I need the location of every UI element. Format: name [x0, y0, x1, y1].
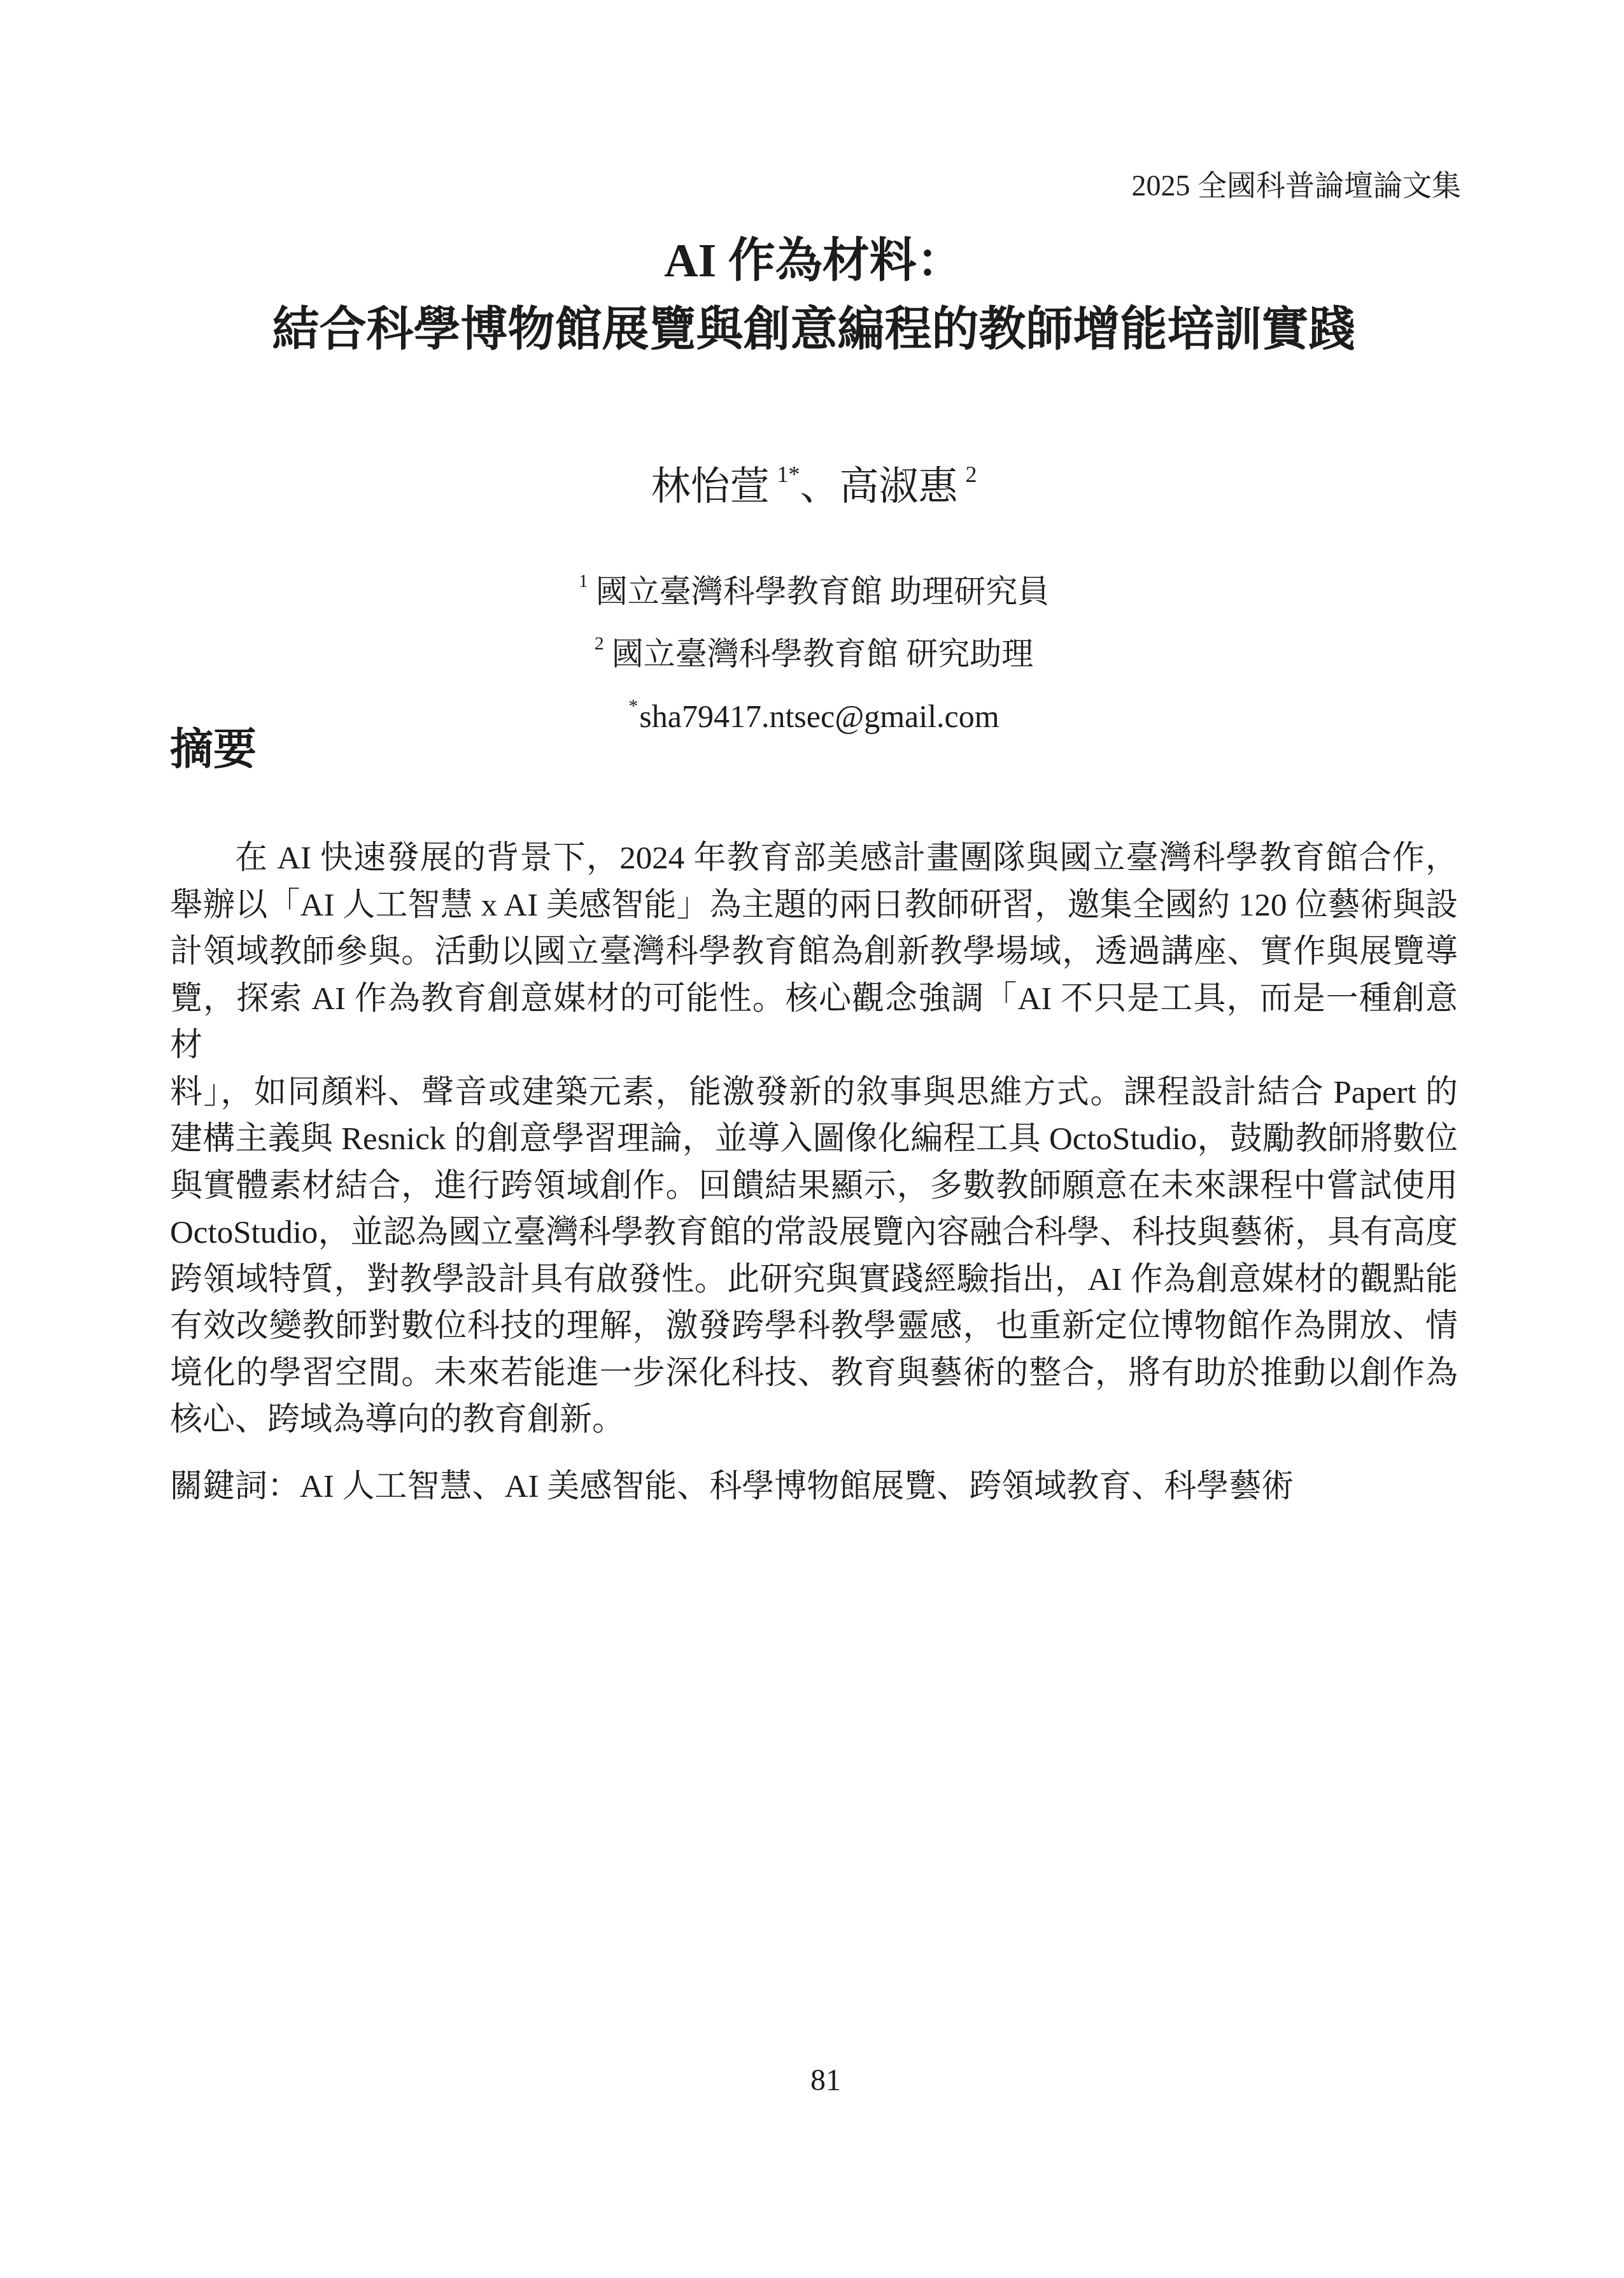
- author-separator: 、: [800, 465, 839, 509]
- abstract-line: 與實體素材結合，進行跨領域創作。回饋結果顯示，多數教師願意在未來課程中嘗試使用: [170, 1163, 1458, 1210]
- abstract-body: 在 AI 快速發展的背景下，2024 年教育部美感計畫團隊與國立臺灣科學教育館合…: [170, 835, 1458, 1444]
- paper-title: AI 作為材料： 結合科學博物館展覽與創意編程的教師增能培訓實踐: [170, 227, 1458, 364]
- affiliation-2-text: 國立臺灣科學教育館 研究助理: [612, 636, 1034, 672]
- author-2-superscript: 2: [966, 462, 977, 487]
- contact-email: sha79417.ntsec@gmail.com: [639, 698, 999, 734]
- abstract-line: 有效改變教師對數位科技的理解，激發跨學科教學靈感，也重新定位博物館作為開放、情: [170, 1303, 1458, 1350]
- page-number: 81: [170, 2063, 1481, 2098]
- abstract-line: 在 AI 快速發展的背景下，2024 年教育部美感計畫團隊與國立臺灣科學教育館合…: [170, 835, 1458, 882]
- affiliation-1: 1國立臺灣科學教育館 助理研究員: [170, 555, 1458, 618]
- abstract-line: 建構主義與 Resnick 的創意學習理論，並導入圖像化編程工具 OctoStu…: [170, 1116, 1458, 1163]
- author-1-name: 林怡萱: [651, 465, 769, 509]
- author-2-name: 高淑惠: [840, 465, 958, 509]
- affiliation-2-superscript: 2: [595, 633, 604, 654]
- abstract-line: 計領域教師參與。活動以國立臺灣科學教育館為創新教學場域，透過講座、實作與展覽導: [170, 929, 1458, 976]
- abstract-line: 核心、跨域為導向的教育創新。: [170, 1397, 1458, 1444]
- corresponding-author-asterisk: *: [628, 695, 638, 716]
- abstract-line: 料」，如同顏料、聲音或建築元素，能激發新的敘事與思維方式。課程設計結合 Pape…: [170, 1070, 1458, 1117]
- affiliation-2: 2國立臺灣科學教育館 研究助理: [170, 618, 1458, 680]
- contact-email-line: *sha79417.ntsec@gmail.com: [170, 680, 1458, 742]
- author-1-superscript: 1*: [777, 462, 800, 487]
- abstract-line: 境化的學習空間。未來若能進一步深化科技、教育與藝術的整合，將有助於推動以創作為: [170, 1350, 1458, 1397]
- abstract-line: 跨領域特質，對教學設計具有啟發性。此研究與實踐經驗指出，AI 作為創意媒材的觀點…: [170, 1257, 1458, 1304]
- running-header: 2025 全國科普論壇論文集: [1132, 169, 1462, 202]
- paper-title-line1: AI 作為材料：: [170, 227, 1458, 295]
- affiliation-1-text: 國立臺灣科學教育館 助理研究員: [596, 574, 1050, 609]
- abstract-line: 舉辦以「AI 人工智慧 x AI 美感智能」為主題的兩日教師研習，邀集全國約 1…: [170, 882, 1458, 930]
- paper-page: 2025 全國科普論壇論文集 AI 作為材料： 結合科學博物館展覽與創意編程的教…: [0, 0, 1624, 2278]
- abstract-heading: 摘要: [170, 721, 257, 778]
- abstract-line: OctoStudio，並認為國立臺灣科學教育館的常設展覽內容融合科學、科技與藝術…: [170, 1210, 1458, 1257]
- paper-title-line2: 結合科學博物館展覽與創意編程的教師增能培訓實踐: [170, 295, 1458, 364]
- abstract-line: 覽，探索 AI 作為教育創意媒材的可能性。核心觀念強調「AI 不只是工具，而是一…: [170, 976, 1458, 1070]
- affiliation-1-superscript: 1: [579, 570, 588, 591]
- keywords-line: 關鍵詞：AI 人工智慧、AI 美感智能、科學博物館展覽、跨領域教育、科學藝術: [170, 1463, 1458, 1510]
- authors-line: 林怡萱1*、高淑惠2: [170, 446, 1458, 516]
- affiliations-block: 1國立臺灣科學教育館 助理研究員 2國立臺灣科學教育館 研究助理 *sha794…: [170, 555, 1458, 742]
